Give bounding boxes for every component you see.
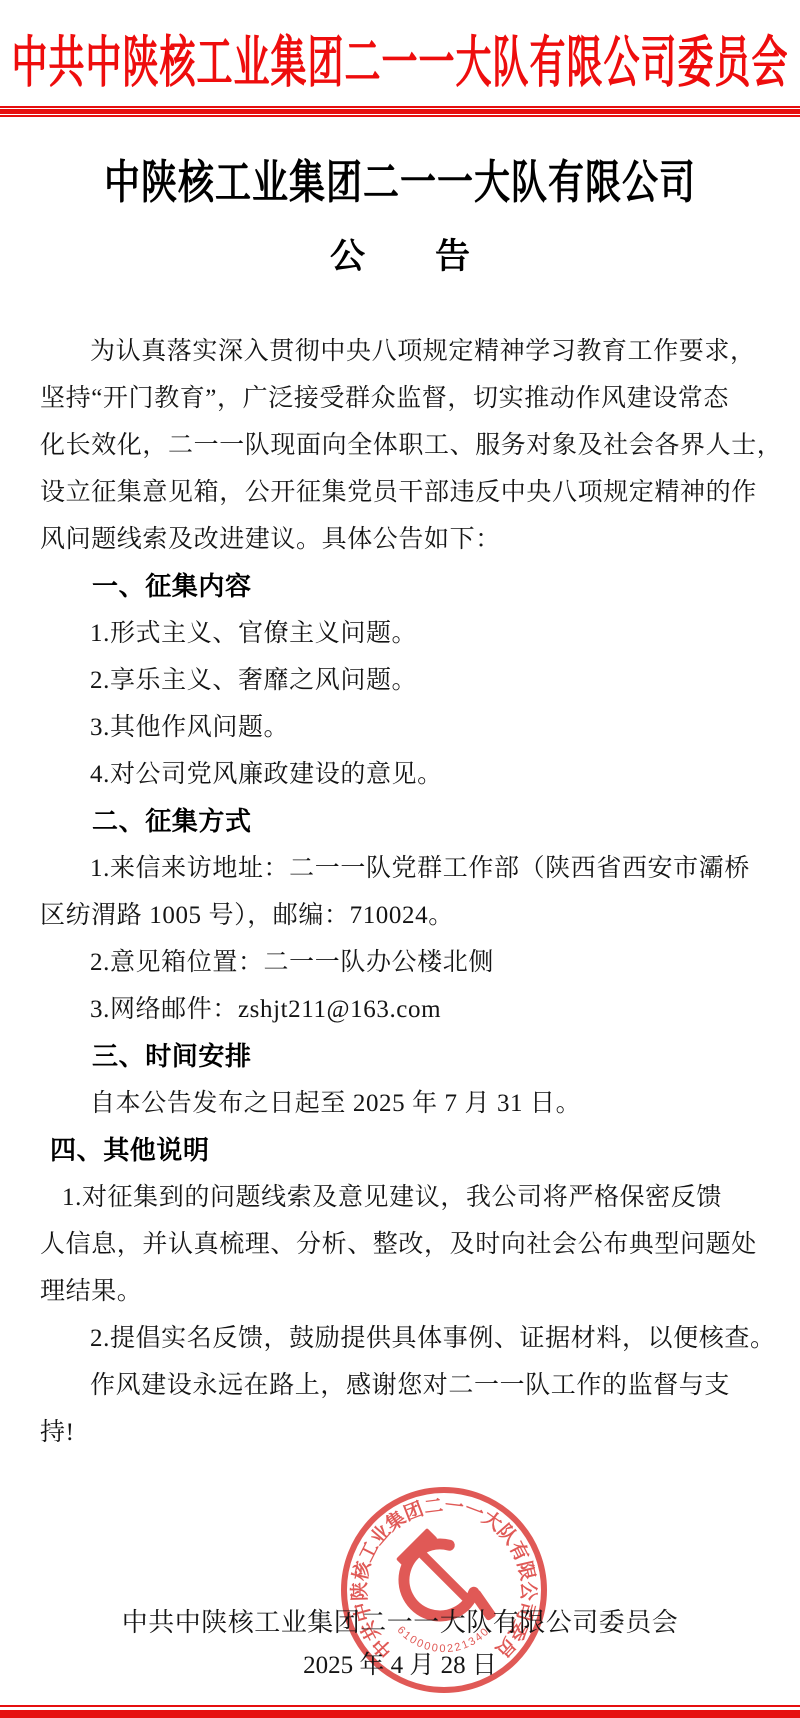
doc-subtitle: 公 告 — [0, 234, 800, 280]
section-heading-3: 三、时间安排 — [40, 1033, 776, 1080]
list-item: 1.来信来访地址：二一一队党群工作部（陕西省西安市灞桥 — [40, 845, 776, 892]
body-line: 设立征集意见箱，公开征集党员干部违反中央八项规定精神的作 — [40, 469, 776, 516]
body-line: 作风建设永远在路上，感谢您对二一一队工作的监督与支 — [40, 1362, 776, 1409]
signature-line: 中共中陕核工业集团二一一大队有限公司委员会 — [0, 1600, 800, 1646]
body-line: 为认真落实深入贯彻中央八项规定精神学习教育工作要求， — [40, 328, 776, 375]
body-line: 化长效化，二一一队现面向全体职工、服务对象及社会各界人士， — [40, 422, 776, 469]
footer-rule — [0, 1705, 800, 1718]
body-line: 人信息，并认真梳理、分析、整改，及时向社会公布典型问题处 — [40, 1221, 776, 1268]
org-banner: 中共中陕核工业集团二一一大队有限公司委员会 — [0, 18, 800, 108]
section-heading-1: 一、征集内容 — [40, 563, 776, 610]
list-item: 1.对征集到的问题线索及意见建议，我公司将严格保密反馈 — [40, 1174, 776, 1221]
list-item: 2.意见箱位置：二一一队办公楼北侧 — [40, 939, 776, 986]
list-item: 1.形式主义、官僚主义问题。 — [40, 610, 776, 657]
announcement-page: 中共中陕核工业集团二一一大队有限公司委员会 中陕核工业集团二一一大队有限公司 公… — [0, 0, 800, 1718]
list-item: 2.提倡实名反馈，鼓励提供具体事例、证据材料，以便核查。 — [40, 1315, 776, 1362]
list-item: 2.享乐主义、奢靡之风问题。 — [40, 657, 776, 704]
section-heading-2: 二、征集方式 — [40, 798, 776, 845]
body-line: 区纺渭路 1005 号），邮编：710024。 — [40, 892, 776, 939]
body-line: 持! — [40, 1409, 776, 1456]
email-line: 3.网络邮件：zshjt211@163.com — [40, 986, 776, 1033]
body-line: 风问题线索及改进建议。具体公告如下： — [40, 516, 776, 563]
list-item: 3.其他作风问题。 — [40, 704, 776, 751]
list-item: 4.对公司党风廉政建设的意见。 — [40, 751, 776, 798]
body-line: 自本公告发布之日起至 2025 年 7 月 31 日。 — [40, 1080, 776, 1127]
notice-body: 为认真落实深入贯彻中央八项规定精神学习教育工作要求， 坚持“开门教育”，广泛接受… — [40, 328, 776, 1456]
body-line: 坚持“开门教育”，广泛接受群众监督，切实推动作风建设常态 — [40, 375, 776, 422]
section-heading-4: 四、其他说明 — [40, 1127, 776, 1174]
body-line: 理结果。 — [40, 1268, 776, 1315]
date-line: 2025 年 4 月 28 日 — [0, 1644, 800, 1688]
doc-title: 中陕核工业集团二一一大队有限公司 — [0, 152, 800, 213]
masthead-rule — [0, 106, 800, 117]
